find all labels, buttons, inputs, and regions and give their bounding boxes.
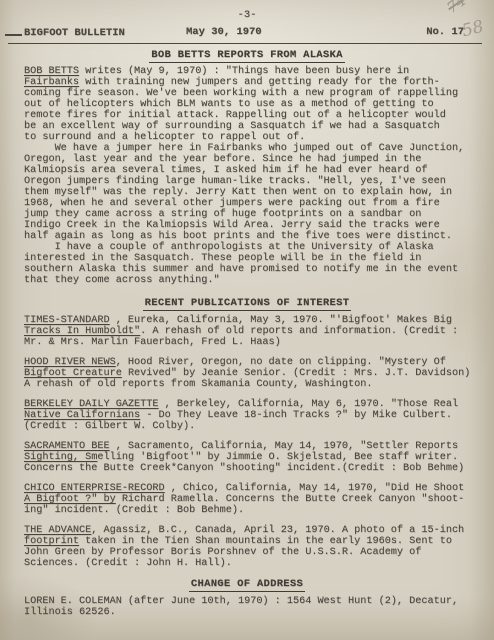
section-heading-change-of-address-text: CHANGE OF ADDRESS [189,578,305,592]
change-of-address-body: LOREN E. COLEMAN (after June 10th, 1970)… [0,596,494,618]
section-heading-alaska-report: BOB BETTS REPORTS FROM ALASKA [0,49,494,62]
publication-entry-chico-enterprise-record: CHICO ENTERPRISE-RECORD , Chico, Califor… [0,483,494,516]
page: 74 58 -3- BIGFOOT BULLETIN May 30, 1970 … [0,0,494,640]
section-heading-publications: RECENT PUBLICATIONS OF INTEREST [0,297,494,310]
masthead-rule [8,43,482,44]
publication-entry-hood-river-news: HOOD RIVER NEWS, Hood River, Oregon, no … [0,357,494,390]
publication-entry-the-advance: THE ADVANCE, Agassiz, B.C., Canada, Apri… [0,525,494,569]
section-heading-publications-text: RECENT PUBLICATIONS OF INTEREST [143,297,352,311]
masthead: BIGFOOT BULLETIN May 30, 1970 No. 17 [0,26,494,42]
margin-dash [5,34,22,36]
bulletin-title: BIGFOOT BULLETIN [24,27,125,39]
issue-number: No. 17 [426,26,464,38]
publication-entry-times-standard: TIMES-STANDARD , Eureka, California, May… [0,315,494,348]
publication-entry-sacramento-bee: SACRAMENTO BEE , Sacramento, California,… [0,441,494,474]
publication-entry-berkeley-daily-gazette: BERKELEY DAILY GAZETTE , Berkeley, Calif… [0,399,494,432]
page-number: -3- [0,10,494,21]
publications-list: TIMES-STANDARD , Eureka, California, May… [0,315,494,569]
section-heading-change-of-address: CHANGE OF ADDRESS [0,578,494,591]
issue-date: May 30, 1970 [186,26,262,38]
article-body: BOB BETTS writes (May 9, 1970) : "Things… [0,66,494,286]
section-heading-alaska-report-text: BOB BETTS REPORTS FROM ALASKA [149,49,344,63]
